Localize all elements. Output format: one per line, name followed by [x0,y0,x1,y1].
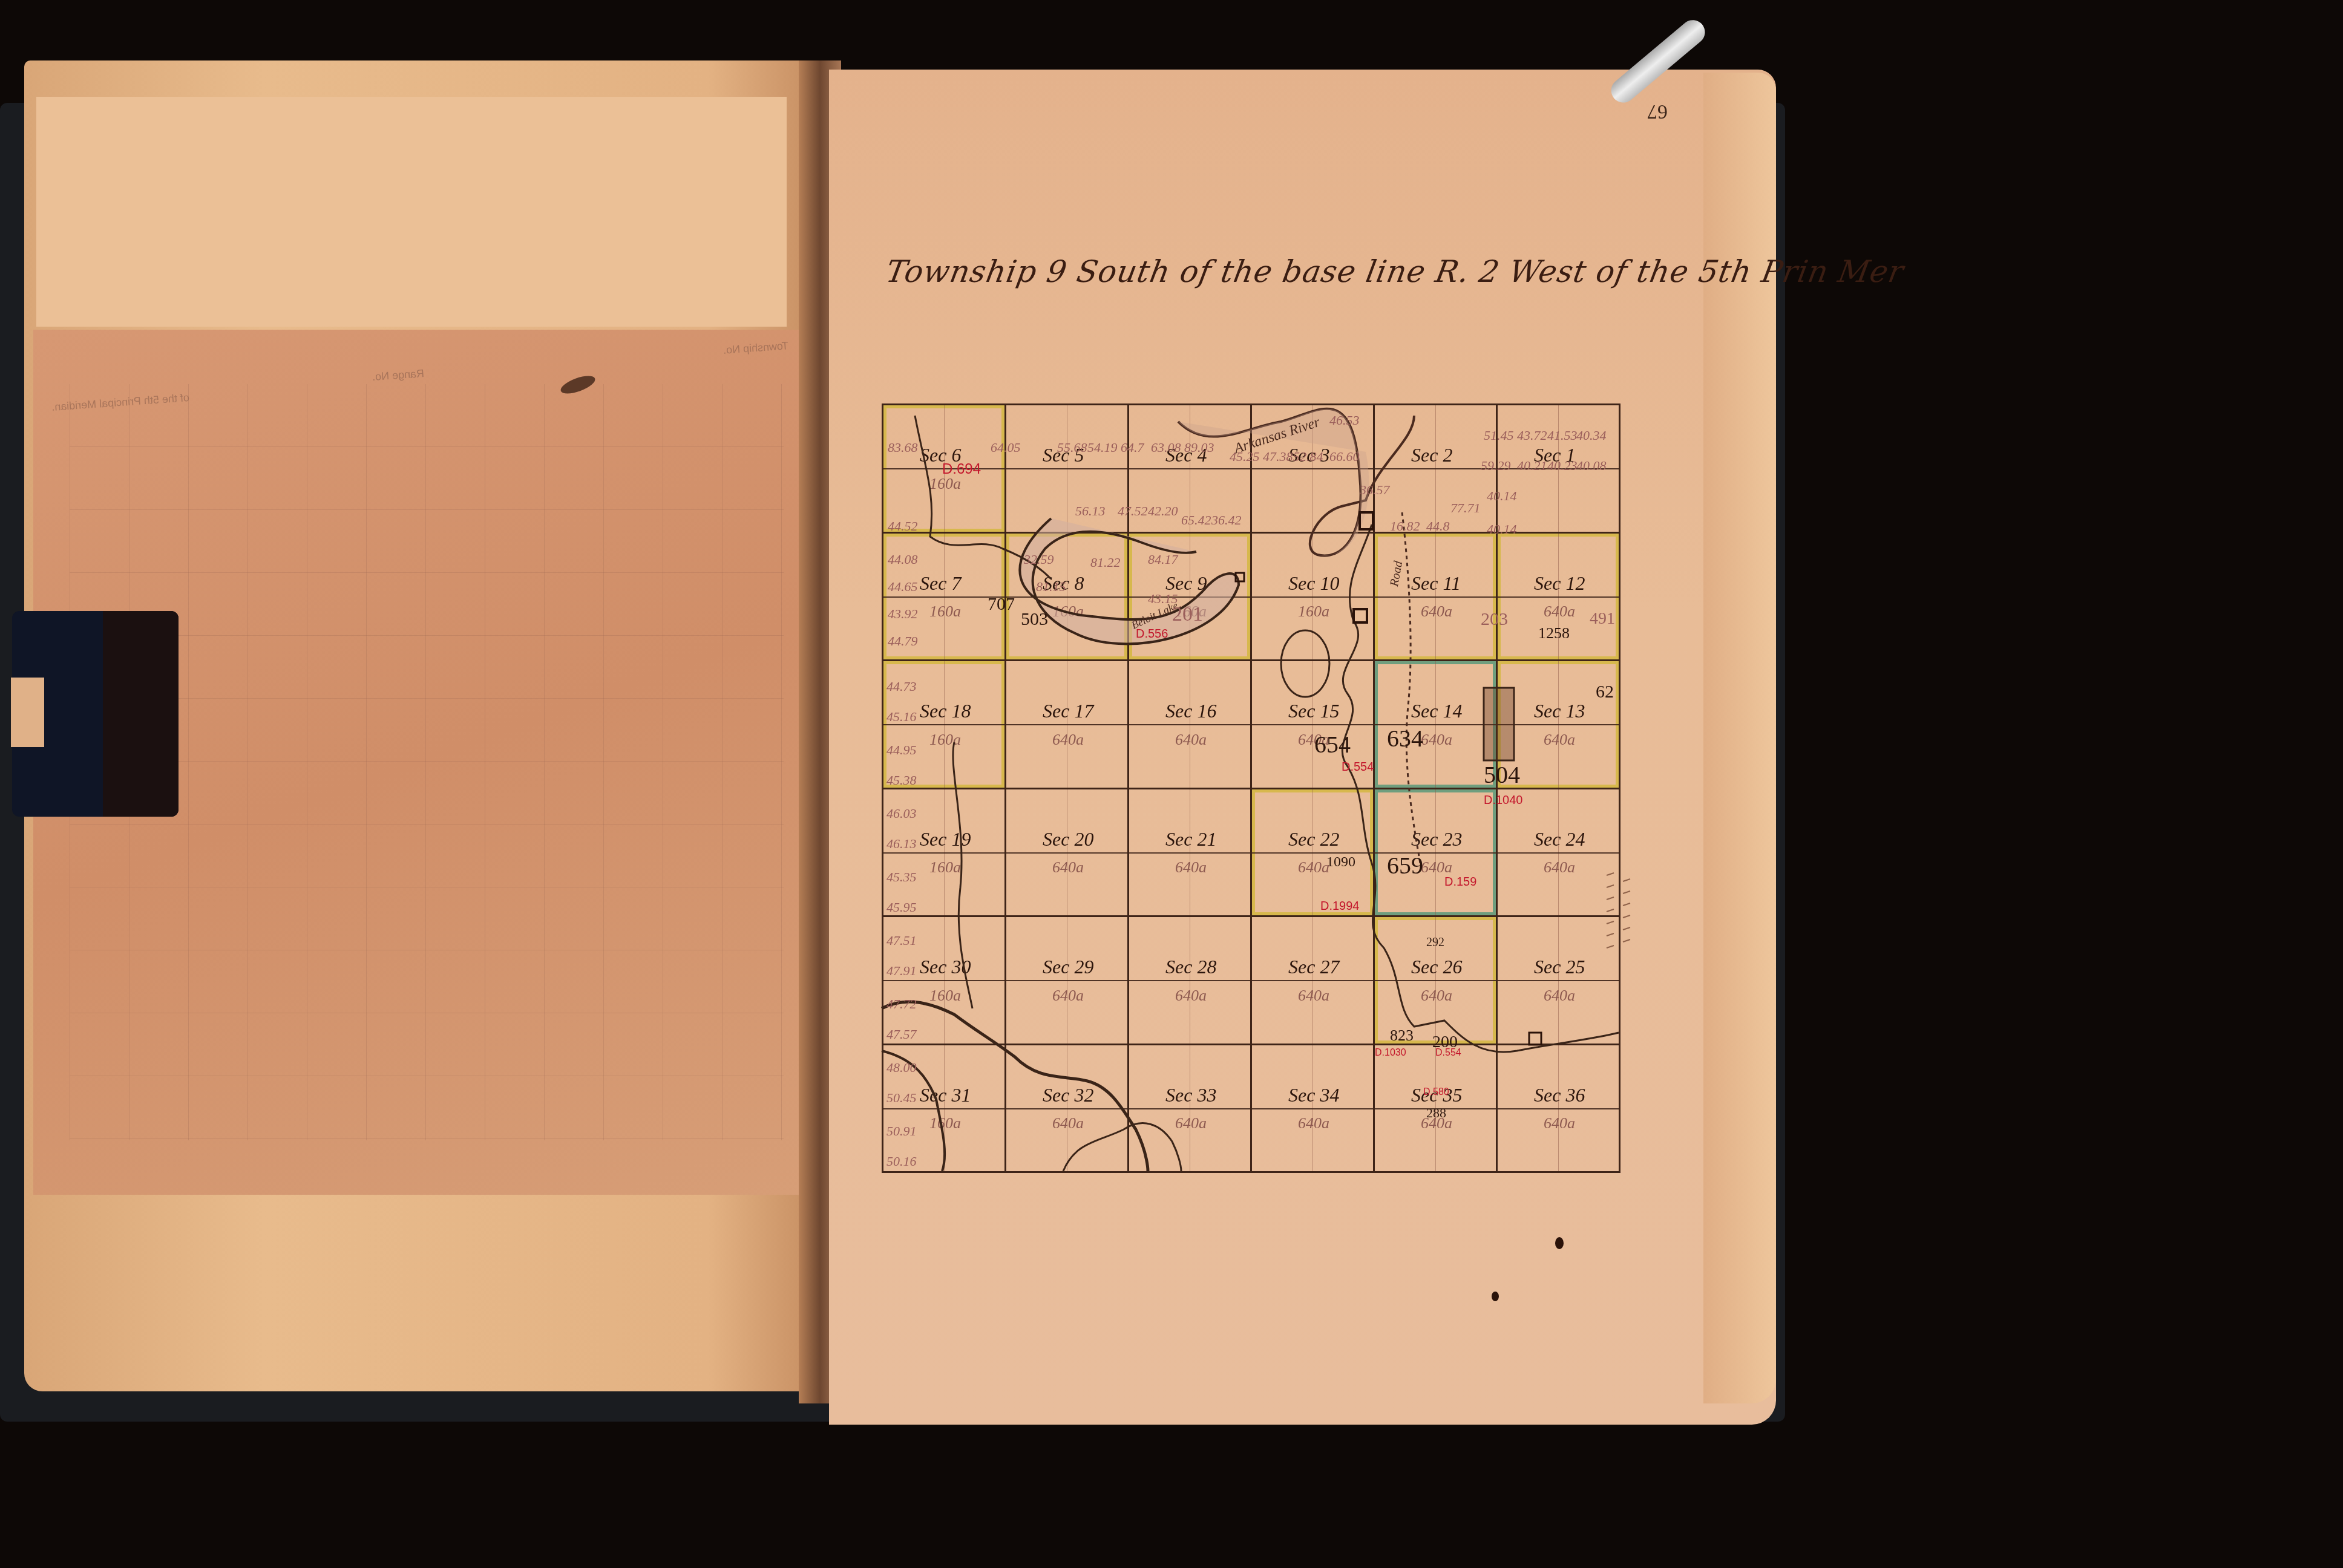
page-hole [1492,1292,1499,1301]
entry-number: 288 [1426,1105,1446,1121]
lot-acreage: 40.14 [1487,488,1517,504]
lot-acreage: 50.16 [886,1154,917,1169]
lot-acreage: 44.73 [886,679,917,694]
lot-acreage: 43.15 [1148,591,1178,607]
red-annotation: D.580 [1423,1087,1449,1098]
lot-acreage: 45.35 [886,869,917,885]
lot-acreage: 45.38 [886,773,917,788]
left-flyleaf [36,97,787,327]
lot-acreage: 47.72 [886,996,917,1012]
red-annotation: D.1040 [1484,794,1523,808]
lot-acreage: 44.52 [888,518,918,534]
lot-acreage: 45.16 [886,709,917,725]
lot-acreage: 40.08 [1576,458,1607,474]
lot-acreage: 44.65 [888,579,918,595]
book-weight-notch [11,678,44,747]
red-annotation: D.694 [942,461,981,478]
entry-number: 654 [1314,730,1351,759]
lot-acreage: 47.51 [886,933,917,949]
lot-acreage: 54.19 [1087,440,1118,456]
lot-acreage: 77.71 [1450,500,1481,516]
lot-acreage: 40.34 [1576,428,1607,443]
entry-number: 292 [1426,936,1444,950]
entry-number: 491 [1590,609,1615,629]
red-annotation: D.554 [1342,760,1374,774]
lot-acreage: 32.59 [1024,552,1054,567]
lot-acreage: 47.91 [886,963,917,979]
lot-acreage: 48.00 [886,1060,917,1076]
lot-acreage: 81.22 [1090,555,1121,570]
creek-central [1342,524,1619,1052]
entry-number: 659 [1387,851,1423,880]
lot-acreage: 43.92 [888,606,918,622]
lot-acreage: 64.05 [991,440,1021,456]
lot-acreage: 43.72 [1517,428,1547,443]
book-weight-face [103,611,179,817]
river-southwest [882,1002,1148,1171]
building-marker [1354,609,1367,622]
lot-acreage: 51.45 [1484,428,1514,443]
lot-acreage: 59.29 [1481,458,1511,474]
lot-acreage: 46.13 [886,836,917,852]
entry-number: 62 [1596,682,1614,702]
entry-number: 1090 [1326,854,1355,871]
book-weight [12,611,179,817]
entry-number: 503 [1021,609,1048,630]
lot-acreage: 65.42 [1181,512,1211,528]
page-number: 67 [1647,100,1668,123]
entry-number: 504 [1484,760,1520,789]
lot-acreage: 83.68 [888,440,918,456]
lot-acreage: 63.08 [1151,440,1181,456]
lot-acreage: 40.21 [1517,458,1547,474]
lot-acreage: 84.17 [1148,552,1178,567]
lot-acreage: 66.60 [1329,449,1360,465]
lot-acreage: 16.82 [1390,518,1420,534]
lot-acreage: 36.42 [1211,512,1242,528]
lot-acreage: 44.08 [888,552,918,567]
page-hole [1555,1237,1564,1249]
hatched-town-block [1484,688,1514,760]
lot-acreage: 56.13 [1075,503,1106,519]
red-annotation: D.159 [1444,875,1476,889]
lot-acreage: 40.23 [1547,458,1578,474]
lot-acreage: 36.57 [1360,482,1390,498]
lot-acreage: 44.95 [886,742,917,758]
township-plat-map: Sec 6160aSec 5Sec 4Sec 3Sec 2Sec 1Sec 71… [882,403,1619,1171]
lot-acreage: 42.20 [1148,503,1178,519]
entry-number: 1258 [1538,624,1570,642]
lot-acreage: 44.8 [1426,518,1450,534]
lot-acreage: 52.84 [1293,449,1323,465]
lot-acreage: 81.15 [1036,579,1066,595]
lot-acreage: 46.53 [1329,413,1360,428]
stream-south-branch [1063,1123,1181,1171]
stream-southwest-branch [953,742,972,1008]
lot-acreage: 55.68 [1057,440,1087,456]
bleed-through-range: Range No. [372,367,424,384]
lot-acreage: 50.91 [886,1123,917,1139]
red-annotation: D.1030 [1375,1048,1406,1059]
lot-acreage: 64.7 [1121,440,1144,456]
small-pond [1281,630,1329,697]
building-marker [1529,1033,1541,1045]
lot-acreage: 44.79 [888,633,918,649]
plat-title: Township 9 South of the base line R. 2 W… [883,254,1907,289]
lot-acreage: 47.38 [1263,449,1293,465]
lot-acreage: 89.03 [1184,440,1214,456]
red-annotation: D.556 [1136,627,1168,641]
lot-acreage: 47.57 [886,1027,917,1042]
lot-acreage: 45.25 [1230,449,1260,465]
lot-acreage: 40.14 [1487,521,1517,537]
entry-number: 203 [1481,609,1508,630]
entry-number: 634 [1387,724,1423,753]
red-annotation: D.1994 [1320,900,1360,913]
red-annotation: D.554 [1435,1048,1461,1059]
lot-acreage: 41.53 [1547,428,1578,443]
entry-number: 707 [988,594,1015,615]
entry-number: 823 [1390,1027,1414,1045]
lot-acreage: 45.95 [886,900,917,915]
lot-acreage: 46.03 [886,806,917,822]
lot-acreage: 47.52 [1118,503,1148,519]
bleed-through-township: Township No. [723,339,788,356]
lot-acreage: 50.45 [886,1090,917,1106]
